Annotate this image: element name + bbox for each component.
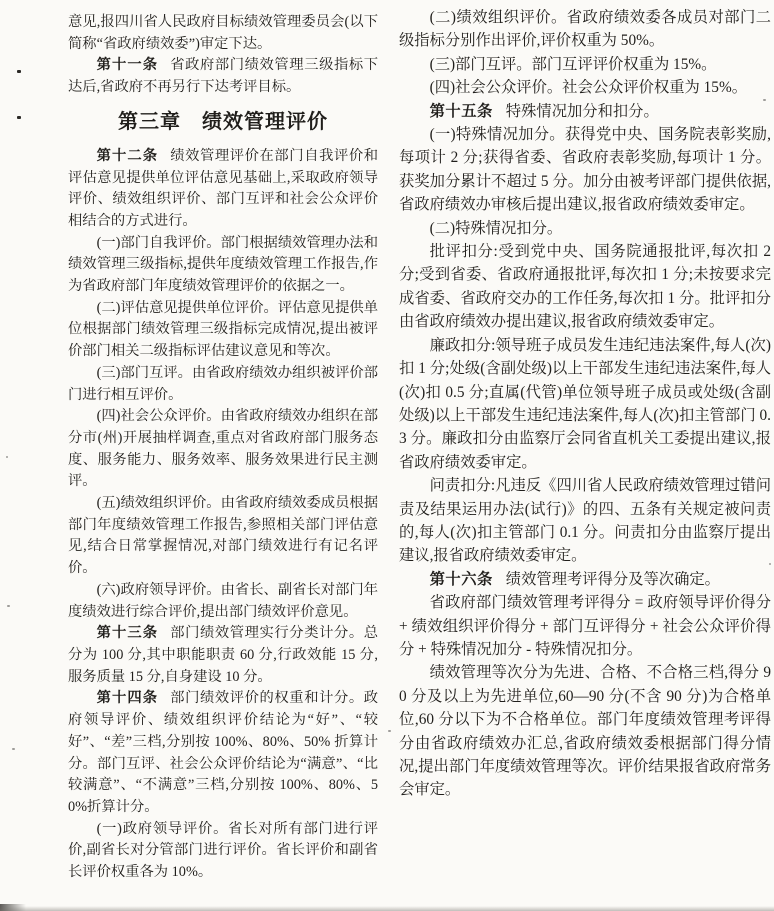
paragraph-text: 廉政扣分:领导班子成员发生违纪违法案件,每人(次)扣 1 分;处级(含副处级)以…: [399, 337, 771, 471]
paragraph-text: 批评扣分:受到党中央、国务院通报批评,每次扣 2 分;受到省委、省政府通报批评,…: [399, 243, 771, 330]
scan-speck: [7, 605, 10, 607]
paragraph-text: (六)政府领导评价。由省长、副省长对部门年度绩效进行综合评价,提出部门绩效评价意…: [68, 582, 378, 620]
article-paragraph: 第十六条绩效管理考评得分及等次确定。: [399, 568, 771, 591]
paragraph-text: 部门绩效评价的权重和计分。政府领导评价、绩效组织评价结论为“好”、“较好”、“差…: [68, 690, 378, 815]
body-paragraph: 批评扣分:受到党中央、国务院通报批评,每次扣 2 分;受到省委、省政府通报批评,…: [399, 240, 771, 334]
article-paragraph: 第十二条绩效管理评价在部门自我评价和评估意见提供单位评估意见基础上,采取政府领导…: [68, 146, 378, 233]
article-paragraph: 第十一条省政府部门绩效管理三级指标下达后,省政府不再另行下达考评目标。: [68, 55, 378, 98]
scan-speck: [769, 563, 771, 565]
paragraph-text: (三)部门互评。部门互评评价权重为 15%。: [430, 56, 717, 73]
article-paragraph: 第十五条特殊情况加分和扣分。: [399, 100, 771, 123]
article-number: 第十五条: [430, 103, 493, 120]
chapter-heading: 第三章 绩效管理评价: [68, 109, 378, 135]
paragraph-text: (二)绩效组织评价。省政府绩效委各成员对部门二级指标分别作出评价,评价权重为 5…: [399, 9, 771, 49]
paragraph-text: (一)特殊情况加分。获得党中央、国务院表彰奖励,每项计 2 分;获得省委、省政府…: [399, 126, 771, 213]
article-paragraph: 第十三条部门绩效管理实行分类计分。总分为 100 分,其中职能职责 60 分,行…: [68, 623, 378, 688]
paragraph-text: 绩效管理考评得分及等次确定。: [506, 571, 720, 588]
scan-speck: [6, 456, 8, 458]
document-page: 意见,报四川省人民政府目标绩效管理委员会(以下简称“省政府绩效委”)审定下达。第…: [0, 0, 774, 911]
body-paragraph: (五)绩效组织评价。由省政府绩效委成员根据部门年度绩效管理工作报告,参照相关部门…: [68, 493, 378, 580]
body-paragraph: (四)社会公众评价。由省政府绩效办组织在部分市(州)开展抽样调查,重点对省政府部…: [68, 406, 378, 493]
body-paragraph: (一)政府领导评价。省长对所有部门进行评价,副省长对分管部门进行评价。省长评价和…: [68, 819, 378, 884]
page-bottom-edge: [0, 906, 774, 911]
article-number: 第十三条: [97, 625, 159, 641]
scan-speck: [12, 748, 15, 750]
paragraph-text: (一)政府领导评价。省长对所有部门进行评价,副省长对分管部门进行评价。省长评价和…: [68, 821, 378, 880]
paragraph-text: 省政府部门绩效管理考评得分 = 政府领导评价得分 + 绩效组织评价得分 + 部门…: [399, 594, 771, 658]
paragraph-text: (四)社会公众评价。社会公众评价权重为 15%。: [430, 79, 747, 96]
paragraph-text: 绩效管理等次分为先进、合格、不合格三档,得分 90 分及以上为先进单位,60—9…: [399, 664, 771, 798]
scan-speck: [388, 730, 391, 732]
article-number: 第十四条: [97, 690, 159, 706]
body-paragraph: 意见,报四川省人民政府目标绩效管理委员会(以下简称“省政府绩效委”)审定下达。: [68, 12, 378, 55]
paragraph-text: (二)特殊情况扣分。: [430, 220, 563, 237]
article-number: 第十二条: [97, 148, 159, 164]
scan-speck: [763, 99, 766, 101]
body-paragraph: (二)绩效组织评价。省政府绩效委各成员对部门二级指标分别作出评价,评价权重为 5…: [399, 6, 771, 53]
paragraph-text: (一)部门自我评价。部门根据绩效管理办法和绩效管理三级指标,提供年度绩效管理工作…: [68, 235, 378, 294]
right-column: (二)绩效组织评价。省政府绩效委各成员对部门二级指标分别作出评价,评价权重为 5…: [399, 6, 771, 802]
body-paragraph: (三)部门互评。由省政府绩效办组织被评价部门进行相互评价。: [68, 363, 378, 406]
body-paragraph: (二)评估意见提供单位评价。评估意见提供单位根据部门绩效管理三级指标完成情况,提…: [68, 298, 378, 363]
article-number: 第十一条: [97, 57, 159, 73]
scan-speck: [17, 70, 21, 73]
body-paragraph: (六)政府领导评价。由省长、副省长对部门年度绩效进行综合评价,提出部门绩效评价意…: [68, 580, 378, 623]
paragraph-text: 问责扣分:凡违反《四川省人民政府绩效管理过错问责及结果运用办法(试行)》的四、五…: [399, 477, 771, 564]
body-paragraph: 廉政扣分:领导班子成员发生违纪违法案件,每人(次)扣 1 分;处级(含副处级)以…: [399, 334, 771, 474]
body-paragraph: (二)特殊情况扣分。: [399, 217, 771, 240]
paragraph-text: (四)社会公众评价。由省政府绩效办组织在部分市(州)开展抽样调查,重点对省政府部…: [68, 408, 378, 489]
paragraph-text: 意见,报四川省人民政府目标绩效管理委员会(以下简称“省政府绩效委”)审定下达。: [68, 14, 378, 52]
body-paragraph: 绩效管理等次分为先进、合格、不合格三档,得分 90 分及以上为先进单位,60—9…: [399, 661, 771, 801]
article-paragraph: 第十四条部门绩效评价的权重和计分。政府领导评价、绩效组织评价结论为“好”、“较好…: [68, 688, 378, 818]
paragraph-text: (二)评估意见提供单位评价。评估意见提供单位根据部门绩效管理三级指标完成情况,提…: [68, 300, 378, 359]
paragraph-text: (三)部门互评。由省政府绩效办组织被评价部门进行相互评价。: [68, 365, 378, 403]
article-number: 第十六条: [430, 571, 493, 588]
scan-speck: [17, 116, 21, 119]
body-paragraph: (四)社会公众评价。社会公众评价权重为 15%。: [399, 76, 771, 99]
paragraph-text: (五)绩效组织评价。由省政府绩效委成员根据部门年度绩效管理工作报告,参照相关部门…: [68, 495, 378, 576]
body-paragraph: (一)部门自我评价。部门根据绩效管理办法和绩效管理三级指标,提供年度绩效管理工作…: [68, 233, 378, 298]
body-paragraph: 问责扣分:凡违反《四川省人民政府绩效管理过错问责及结果运用办法(试行)》的四、五…: [399, 474, 771, 568]
body-paragraph: (一)特殊情况加分。获得党中央、国务院表彰奖励,每项计 2 分;获得省委、省政府…: [399, 123, 771, 217]
body-paragraph: (三)部门互评。部门互评评价权重为 15%。: [399, 53, 771, 76]
left-column: 意见,报四川省人民政府目标绩效管理委员会(以下简称“省政府绩效委”)审定下达。第…: [68, 12, 378, 884]
body-paragraph: 省政府部门绩效管理考评得分 = 政府领导评价得分 + 绩效组织评价得分 + 部门…: [399, 591, 771, 661]
paragraph-text: 特殊情况加分和扣分。: [506, 103, 659, 120]
